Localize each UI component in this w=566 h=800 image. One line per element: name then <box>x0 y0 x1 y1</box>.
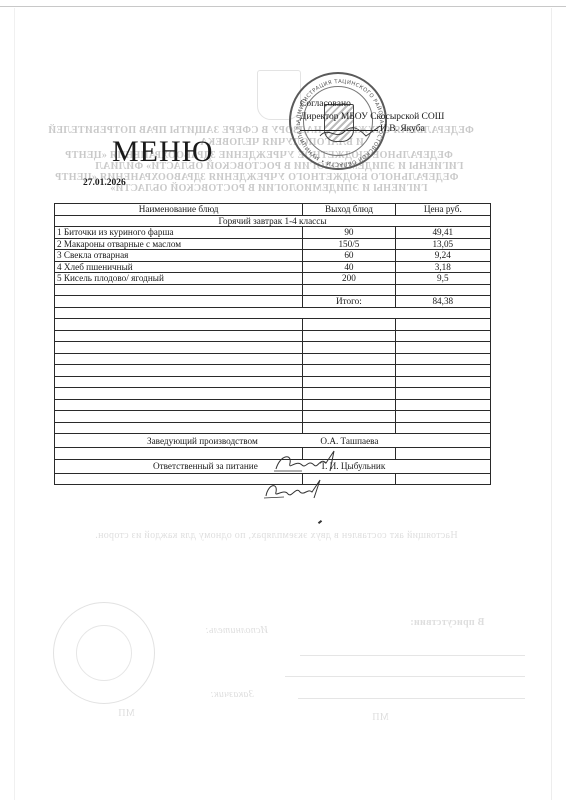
empty-row <box>55 473 491 485</box>
dish-yield: 200 <box>303 273 395 285</box>
empty-row <box>55 388 491 400</box>
ghost-line <box>285 676 525 677</box>
signature-cell: Ответственный за питание Т. И. Цыбульник <box>55 459 491 473</box>
approval-position: Директор МБОУ Скосырской СОШ <box>300 111 444 124</box>
dish-yield: 60 <box>303 250 395 262</box>
header-yield: Выход блюд <box>303 204 395 216</box>
bleed-text: В присутствии: <box>410 617 484 628</box>
dish-name: 3 Свекла отварная <box>55 250 303 262</box>
signature-cell: Заведующий производством О.А. Ташпаева <box>55 434 491 448</box>
table-header-row: Наименование блюд Выход блюд Цена руб. <box>55 204 491 216</box>
empty-row <box>55 422 491 434</box>
empty-row <box>55 307 491 319</box>
dish-price: 3,18 <box>395 261 490 273</box>
menu-table: Наименование блюд Выход блюд Цена руб. Г… <box>54 203 491 485</box>
table-row: 5 Кисель плодово/ ягодный 200 9,5 <box>55 273 491 285</box>
empty-row <box>55 284 491 296</box>
ghost-line <box>298 698 525 699</box>
empty-row <box>55 399 491 411</box>
page-title: МЕНЮ <box>112 135 214 169</box>
table-row: 4 Хлеб пшеничный 40 3,18 <box>55 261 491 273</box>
signature-row: Ответственный за питание Т. И. Цыбульник <box>55 459 491 473</box>
empty-row <box>55 319 491 331</box>
dish-name: 5 Кисель плодово/ ягодный <box>55 273 303 285</box>
dish-yield: 90 <box>303 227 395 239</box>
empty-row <box>55 376 491 388</box>
total-row: Итого: 84,38 <box>55 296 491 308</box>
signature-name: Т. И. Цыбульник <box>320 461 385 471</box>
table-row: 1 Биточки из куриного фарша 90 49,41 <box>55 227 491 239</box>
header-price: Цена руб. <box>395 204 490 216</box>
dish-name: 4 Хлеб пшеничный <box>55 261 303 273</box>
dish-yield: 40 <box>303 261 395 273</box>
menu-date: 27.01.2026 <box>83 178 126 188</box>
total-value: 84,38 <box>395 296 490 308</box>
dish-price: 9,5 <box>395 273 490 285</box>
empty-row <box>55 411 491 423</box>
signature-name: О.А. Ташпаева <box>320 436 378 446</box>
section-row: Горячий завтрак 1-4 классы <box>55 215 491 227</box>
approval-block: Согласовано Директор МБОУ Скосырской СОШ… <box>300 98 444 136</box>
empty-row <box>55 330 491 342</box>
dish-price: 49,41 <box>395 227 490 239</box>
dish-price: 13,05 <box>395 238 490 250</box>
dish-price: 9,24 <box>395 250 490 262</box>
approval-signer: И.В. Якуба <box>380 124 425 134</box>
ink-mark <box>318 520 322 524</box>
bleed-text: МП <box>372 712 389 723</box>
total-label: Итого: <box>303 296 395 308</box>
bleed-text: ГИГИЕНЫ И ЭПИДЕМИОЛОГИИ В РОСТОВСКОЙ ОБЛ… <box>110 183 427 194</box>
empty-row <box>55 448 491 460</box>
page-edge <box>551 8 552 800</box>
empty-row <box>55 353 491 365</box>
bleed-text: Исполнитель: <box>205 625 268 636</box>
signature-row: Заведующий производством О.А. Ташпаева <box>55 434 491 448</box>
page-edge <box>0 6 566 7</box>
ghost-line <box>300 655 525 656</box>
dish-yield: 150/5 <box>303 238 395 250</box>
table-row: 2 Макароны отварные с маслом 150/5 13,05 <box>55 238 491 250</box>
signature-role: Ответственный за питание <box>153 461 258 471</box>
empty-row <box>55 365 491 377</box>
empty-row <box>55 342 491 354</box>
signature-role: Заведующий производством <box>147 436 258 446</box>
stamp-ghost-icon <box>53 602 155 704</box>
page-edge <box>14 8 15 800</box>
table-row: 3 Свекла отварная 60 9,24 <box>55 250 491 262</box>
section-title: Горячий завтрак 1-4 классы <box>55 215 491 227</box>
dish-name: 2 Макароны отварные с маслом <box>55 238 303 250</box>
header-dish-name: Наименование блюд <box>55 204 303 216</box>
bleed-text: МП <box>118 708 135 719</box>
signature-line <box>300 123 378 131</box>
dish-name: 1 Биточки из куриного фарша <box>55 227 303 239</box>
bleed-text: Заказчик: <box>210 689 254 700</box>
bleed-text: Настоящий акт составлен в двух экземпляр… <box>95 530 458 541</box>
approval-label: Согласовано <box>300 98 444 111</box>
